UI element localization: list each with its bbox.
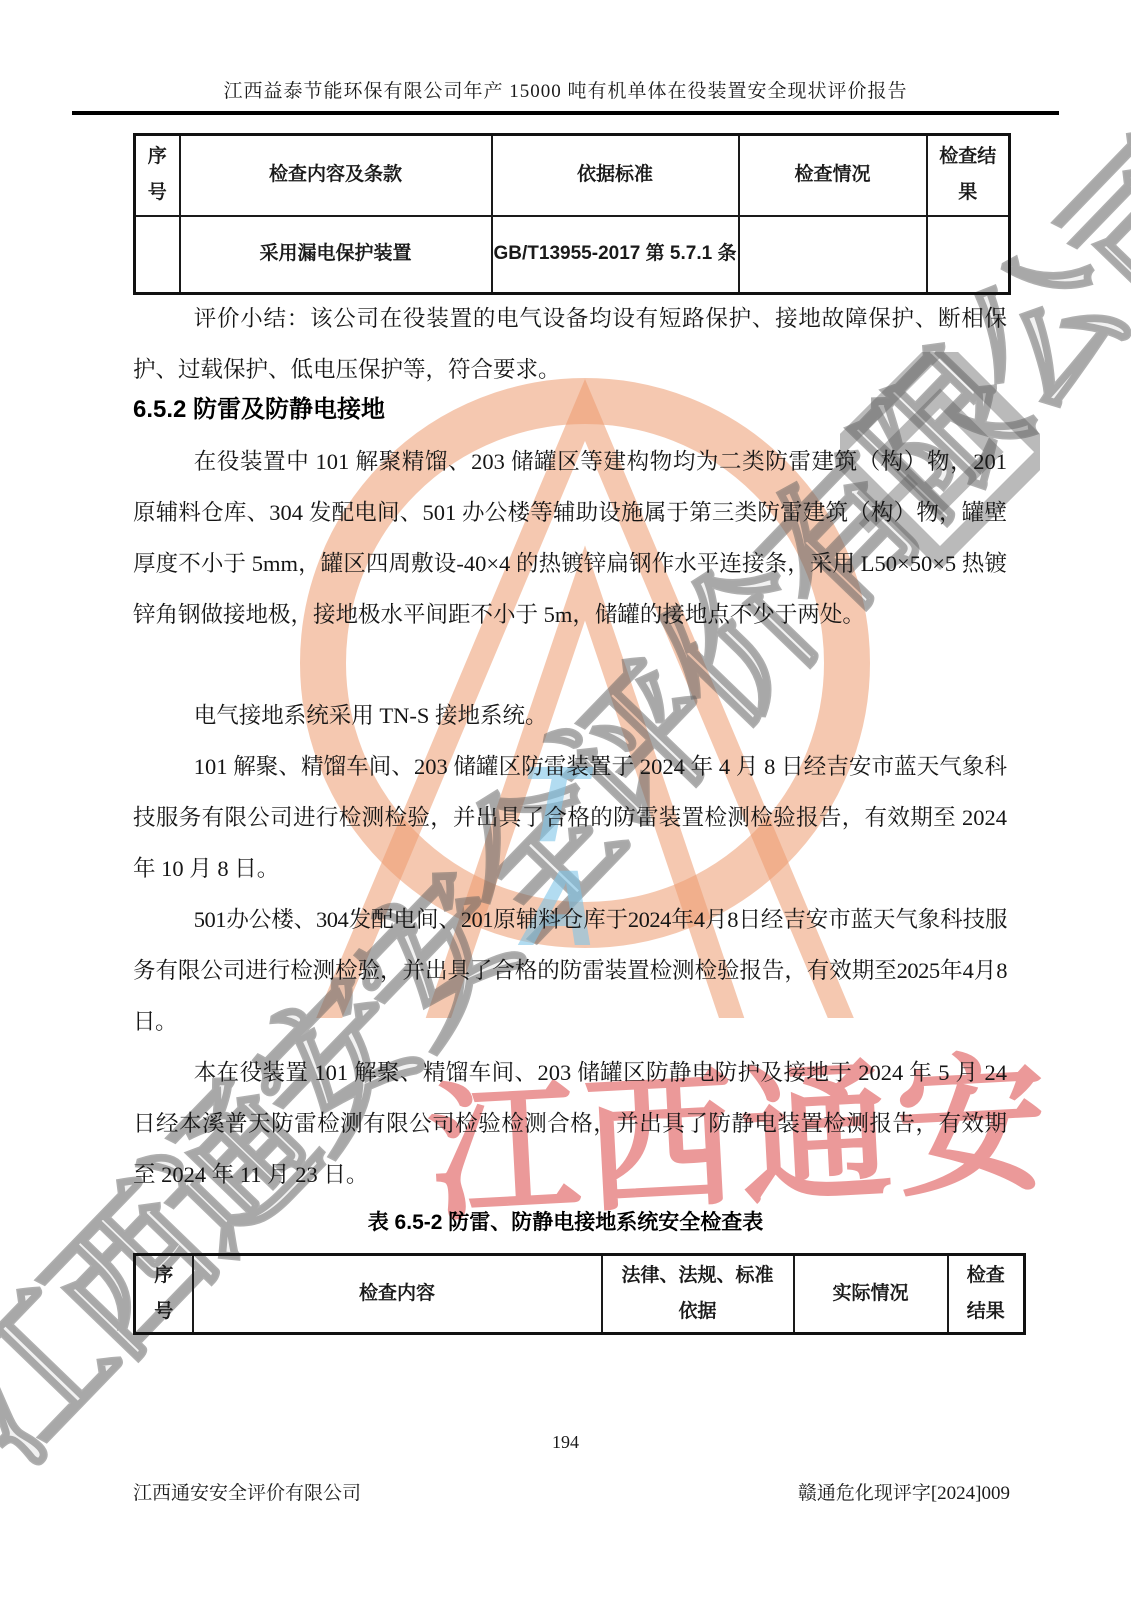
header-cell-content: 检查内容	[193, 1255, 602, 1334]
electrical-check-table: 序号 检查内容及条款 依据标准 检查情况 检查结果 采用漏电保护装置 GB/T1…	[133, 133, 1011, 295]
footer-company: 江西通安安全评价有限公司	[133, 1478, 361, 1505]
table-header-row: 序号 检查内容及条款 依据标准 检查情况 检查结果	[135, 135, 1010, 216]
header-rule	[72, 111, 1059, 115]
header-cell-situation: 检查情况	[739, 135, 927, 216]
lightning-check-table: 序号 检查内容 法律、法规、标准依据 实际情况 检查结果	[133, 1253, 1026, 1335]
cell-result	[927, 216, 1010, 294]
body-paragraph-5: 本在役装置 101 解聚、精馏车间、203 储罐区防静电防护及接地于 2024 …	[133, 1047, 1007, 1200]
header-cell-result: 检查结果	[927, 135, 1010, 216]
cell-standard: GB/T13955-2017 第 5.7.1 条	[492, 216, 739, 294]
header-cell-result: 检查结果	[948, 1255, 1025, 1334]
header-cell-standard: 依据标准	[492, 135, 739, 216]
page-number: 194	[0, 1432, 1131, 1453]
body-paragraph-3: 101 解聚、精馏车间、203 储罐区防雷装置于 2024 年 4 月 8 日经…	[133, 741, 1007, 894]
report-header-title: 江西益泰节能环保有限公司年产 15000 吨有机单体在役装置安全现状评价报告	[0, 76, 1131, 103]
header-cell-seq: 序号	[135, 135, 180, 216]
header-cell-content: 检查内容及条款	[180, 135, 492, 216]
table-caption: 表 6.5-2 防雷、防静电接地系统安全检查表	[0, 1206, 1131, 1236]
footer-doc-number: 赣通危化现评字[2024]009	[798, 1478, 1010, 1505]
body-paragraph-1: 在役装置中 101 解聚精馏、203 储罐区等建构物均为二类防雷建筑（构）物，2…	[133, 436, 1007, 640]
cell-seq	[135, 216, 180, 294]
cell-content: 采用漏电保护装置	[180, 216, 492, 294]
page-content: 江西益泰节能环保有限公司年产 15000 吨有机单体在役装置安全现状评价报告 序…	[0, 0, 1131, 1600]
body-paragraph-2: 电气接地系统采用 TN-S 接地系统。	[133, 690, 1007, 741]
table-header-row: 序号 检查内容 法律、法规、标准依据 实际情况 检查结果	[135, 1255, 1025, 1334]
header-cell-actual: 实际情况	[794, 1255, 948, 1334]
section-heading: 6.5.2 防雷及防静电接地	[133, 389, 385, 424]
cell-situation	[739, 216, 927, 294]
body-paragraph-4: 501办公楼、304发配电间、201原辅料仓库于2024年4月8日经吉安市蓝天气…	[133, 894, 1007, 1047]
document-page: 江西通安安全评价有限公司 TA 江西通安 江西益泰节能环保有限公司年产 1500…	[0, 0, 1131, 1600]
summary-paragraph: 评价小结：该公司在役装置的电气设备均设有短路保护、接地故障保护、断相保护、过载保…	[133, 293, 1007, 395]
header-cell-seq: 序号	[135, 1255, 193, 1334]
header-cell-basis: 法律、法规、标准依据	[602, 1255, 794, 1334]
table-row: 采用漏电保护装置 GB/T13955-2017 第 5.7.1 条	[135, 216, 1010, 294]
